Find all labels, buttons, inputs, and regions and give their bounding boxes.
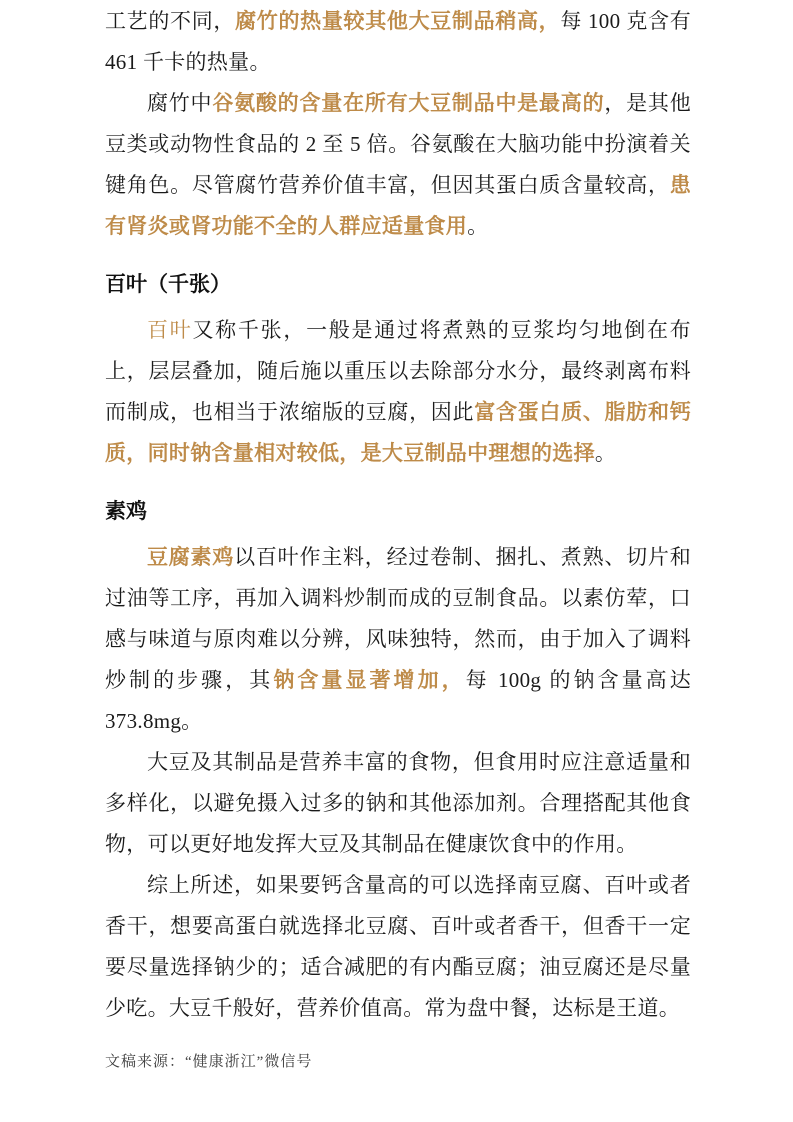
highlight-run: 腐竹的热量较其他大豆制品稍高， — [235, 9, 560, 33]
text-run: 工艺的不同， — [105, 9, 235, 33]
paragraph-suji: 豆腐素鸡以百叶作主料，经过卷制、捆扎、煮熟、切片和过油等工序，再加入调料炒制而成… — [105, 537, 691, 742]
highlight-run: 谷氨酸的含量在所有大豆制品中是最高的 — [212, 91, 604, 115]
highlight-run: 百叶 — [147, 318, 192, 342]
highlight-run: 豆腐素鸡 — [147, 545, 234, 569]
text-run: 大豆及其制品是营养丰富的食物，但食用时应注意适量和多样化，以避免摄入过多的钠和其… — [105, 750, 691, 856]
paragraph-baiye: 百叶又称千张，一般是通过将煮熟的豆浆均匀地倒在布上，层层叠加，随后施以重压以去除… — [105, 310, 691, 474]
paragraph-fuzhu-calorie: 工艺的不同，腐竹的热量较其他大豆制品稍高，每 100 克含有 461 千卡的热量… — [105, 1, 691, 83]
text-run: 腐竹中 — [147, 91, 212, 115]
highlight-run: 钠含量显著增加， — [273, 668, 465, 692]
paragraph-summary: 综上所述，如果要钙含量高的可以选择南豆腐、百叶或者香干，想要高蛋白就选择北豆腐、… — [105, 865, 691, 1029]
source-note: 文稿来源：“健康浙江”微信号 — [105, 1051, 312, 1073]
text-run: 综上所述，如果要钙含量高的可以选择南豆腐、百叶或者香干，想要高蛋白就选择北豆腐、… — [105, 873, 691, 1020]
text-run: 。 — [595, 441, 616, 465]
text-run: 。 — [467, 214, 488, 238]
paragraph-advice: 大豆及其制品是营养丰富的食物，但食用时应注意适量和多样化，以避免摄入过多的钠和其… — [105, 742, 691, 865]
section-heading-suji: 素鸡 — [105, 491, 691, 532]
document-page: 工艺的不同，腐竹的热量较其他大豆制品稍高，每 100 克含有 461 千卡的热量… — [0, 0, 793, 1122]
paragraph-fuzhu-glutamate: 腐竹中谷氨酸的含量在所有大豆制品中是最高的，是其他豆类或动物性食品的 2 至 5… — [105, 83, 691, 247]
section-heading-baiye: 百叶（千张） — [105, 264, 691, 305]
document-content: 工艺的不同，腐竹的热量较其他大豆制品稍高，每 100 克含有 461 千卡的热量… — [105, 1, 691, 1029]
